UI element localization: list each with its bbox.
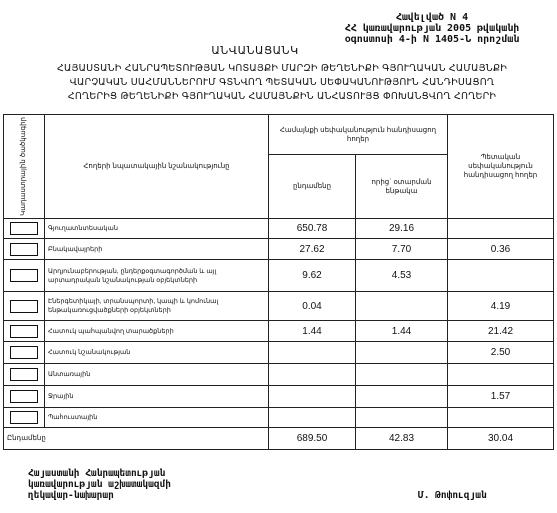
- cadastral-code-box[interactable]: [10, 411, 38, 424]
- signer-title-line-1: Հայաստանի Հանրապետության: [28, 468, 171, 479]
- community-total-cell: 9.62: [269, 260, 356, 292]
- cadastral-code-cell: [4, 386, 45, 408]
- purpose-cell: Բնակավայրերի: [45, 239, 269, 260]
- total-community-total: 689.50: [269, 428, 356, 450]
- community-total-cell: [269, 386, 356, 408]
- subtitle-line-3: ՀՈՂԵՐԻՑ ԹԵՂԵՆԻՔԻ ԳՅՈՒՂԱԿԱՆ ՀԱՄԱՅՆՔԻՆ ԱՆՀ…: [14, 90, 550, 104]
- total-community-alienable: 42.83: [356, 428, 448, 450]
- cadastral-code-cell: [4, 292, 45, 321]
- header-cadastral-code: Կադաստրային ծածկագիր: [4, 115, 45, 219]
- cadastral-code-cell: [4, 219, 45, 239]
- annex-reference: Հավելված N 4 ՀՀ կառավարության 2005 թվակա…: [312, 12, 552, 45]
- community-alienable-cell: 4.53: [356, 260, 448, 292]
- state-land-cell: [448, 219, 554, 239]
- community-alienable-cell: [356, 342, 448, 364]
- community-total-cell: 650.78: [269, 219, 356, 239]
- state-land-cell: 21.42: [448, 321, 554, 342]
- cadastral-code-cell: [4, 260, 45, 292]
- community-alienable-cell: [356, 364, 448, 386]
- table-row: Անտառային: [4, 364, 554, 386]
- cadastral-code-box[interactable]: [10, 222, 38, 235]
- signer-title-line-3: ղեկավար-նախարար: [28, 490, 171, 501]
- purpose-cell: Գյուղատնտեսական: [45, 219, 269, 239]
- header-state-land: Պետական սեփականություն հանդիսացող հողեր: [448, 115, 554, 219]
- purpose-cell: Արդյունաբերության, ընդերքօգտագործման և ա…: [45, 260, 269, 292]
- community-alienable-cell: [356, 386, 448, 408]
- table-row: Պահուստային: [4, 408, 554, 428]
- land-table: Կադաստրային ծածկագիր Հողերի նպատակային ն…: [3, 114, 554, 450]
- signer-title-line-2: կառավարության աշխատակազմի: [28, 479, 171, 490]
- state-land-cell: 0.36: [448, 239, 554, 260]
- document-subtitle: ՀԱՅԱՍՏԱՆԻ ՀԱՆՐԱՊԵՏՈՒԹՅԱՆ ԿՈՏԱՅՔԻ ՄԱՐԶԻ Թ…: [14, 62, 550, 104]
- purpose-cell: Պահուստային: [45, 408, 269, 428]
- table-row: Արդյունաբերության, ընդերքօգտագործման և ա…: [4, 260, 554, 292]
- community-total-cell: [269, 342, 356, 364]
- cadastral-code-box[interactable]: [10, 390, 38, 403]
- community-alienable-cell: [356, 408, 448, 428]
- cadastral-code-cell: [4, 321, 45, 342]
- cadastral-code-cell: [4, 239, 45, 260]
- community-alienable-cell: [356, 292, 448, 321]
- community-total-cell: 27.62: [269, 239, 356, 260]
- table-row: Հատուկ պահպանվող տարածքների1.441.4421.42: [4, 321, 554, 342]
- purpose-cell: Հատուկ պահպանվող տարածքների: [45, 321, 269, 342]
- table-row: Էներգետիկայի, տրանսպորտի, կապի և կոմունա…: [4, 292, 554, 321]
- state-land-cell: [448, 364, 554, 386]
- header-community-total: ընդամենը: [269, 155, 356, 219]
- annex-line-2: ՀՀ կառավարության 2005 թվականի: [312, 23, 552, 34]
- community-alienable-cell: 1.44: [356, 321, 448, 342]
- cadastral-code-box[interactable]: [10, 300, 38, 313]
- cadastral-code-box[interactable]: [10, 269, 38, 282]
- subtitle-line-2: ՎԱՐՉԱԿԱՆ ՍԱՀՄԱՆՆԵՐՈՒՄ ԳՏՆՎՈՂ ՊԵՏԱԿԱՆ ՍԵՓ…: [14, 76, 550, 90]
- state-land-cell: [448, 408, 554, 428]
- community-total-cell: 0.04: [269, 292, 356, 321]
- total-label: Ընդամենը: [4, 428, 269, 450]
- annex-line-1: Հավելված N 4: [312, 12, 552, 23]
- cadastral-code-cell: [4, 342, 45, 364]
- community-alienable-cell: 29.16: [356, 219, 448, 239]
- annex-line-3: օգոստոսի 4-ի N 1405-Ն որոշման: [312, 34, 552, 45]
- table-row: Գյուղատնտեսական650.7829.16: [4, 219, 554, 239]
- cadastral-code-box[interactable]: [10, 346, 38, 359]
- header-community-alienable: որից` օտարման ենթակա: [356, 155, 448, 219]
- signer-title: Հայաստանի Հանրապետության կառավարության ա…: [28, 468, 171, 501]
- subtitle-line-1: ՀԱՅԱՍՏԱՆԻ ՀԱՆՐԱՊԵՏՈՒԹՅԱՆ ԿՈՏԱՅՔԻ ՄԱՐԶԻ Թ…: [14, 62, 550, 76]
- community-total-cell: [269, 364, 356, 386]
- state-land-cell: [448, 260, 554, 292]
- table-total-row: Ընդամենը689.5042.8330.04: [4, 428, 554, 450]
- state-land-cell: 2.50: [448, 342, 554, 364]
- purpose-cell: Անտառային: [45, 364, 269, 386]
- cadastral-code-box[interactable]: [10, 368, 38, 381]
- community-total-cell: 1.44: [269, 321, 356, 342]
- community-total-cell: [269, 408, 356, 428]
- state-land-cell: 4.19: [448, 292, 554, 321]
- document-title: ԱՆՎԱՆԱՑԱՆԿ: [200, 44, 310, 57]
- total-state-land: 30.04: [448, 428, 554, 450]
- cadastral-code-box[interactable]: [10, 243, 38, 256]
- purpose-cell: Էներգետիկայի, տրանսպորտի, կապի և կոմունա…: [45, 292, 269, 321]
- cadastral-code-cell: [4, 364, 45, 386]
- purpose-cell: Հատուկ նշանակության: [45, 342, 269, 364]
- purpose-cell: Ջրային: [45, 386, 269, 408]
- signer-name: Մ. Թոփուզյան: [418, 490, 487, 501]
- table-row: Բնակավայրերի27.627.700.36: [4, 239, 554, 260]
- cadastral-code-cell: [4, 408, 45, 428]
- table-row: Հատուկ նշանակության2.50: [4, 342, 554, 364]
- header-purpose: Հողերի նպատակային նշանակությունը: [45, 115, 269, 219]
- state-land-cell: 1.57: [448, 386, 554, 408]
- community-alienable-cell: 7.70: [356, 239, 448, 260]
- header-community-land: Համայնքի սեփականություն հանդիսացող հողեր: [269, 115, 448, 155]
- table-row: Ջրային1.57: [4, 386, 554, 408]
- cadastral-code-box[interactable]: [10, 325, 38, 338]
